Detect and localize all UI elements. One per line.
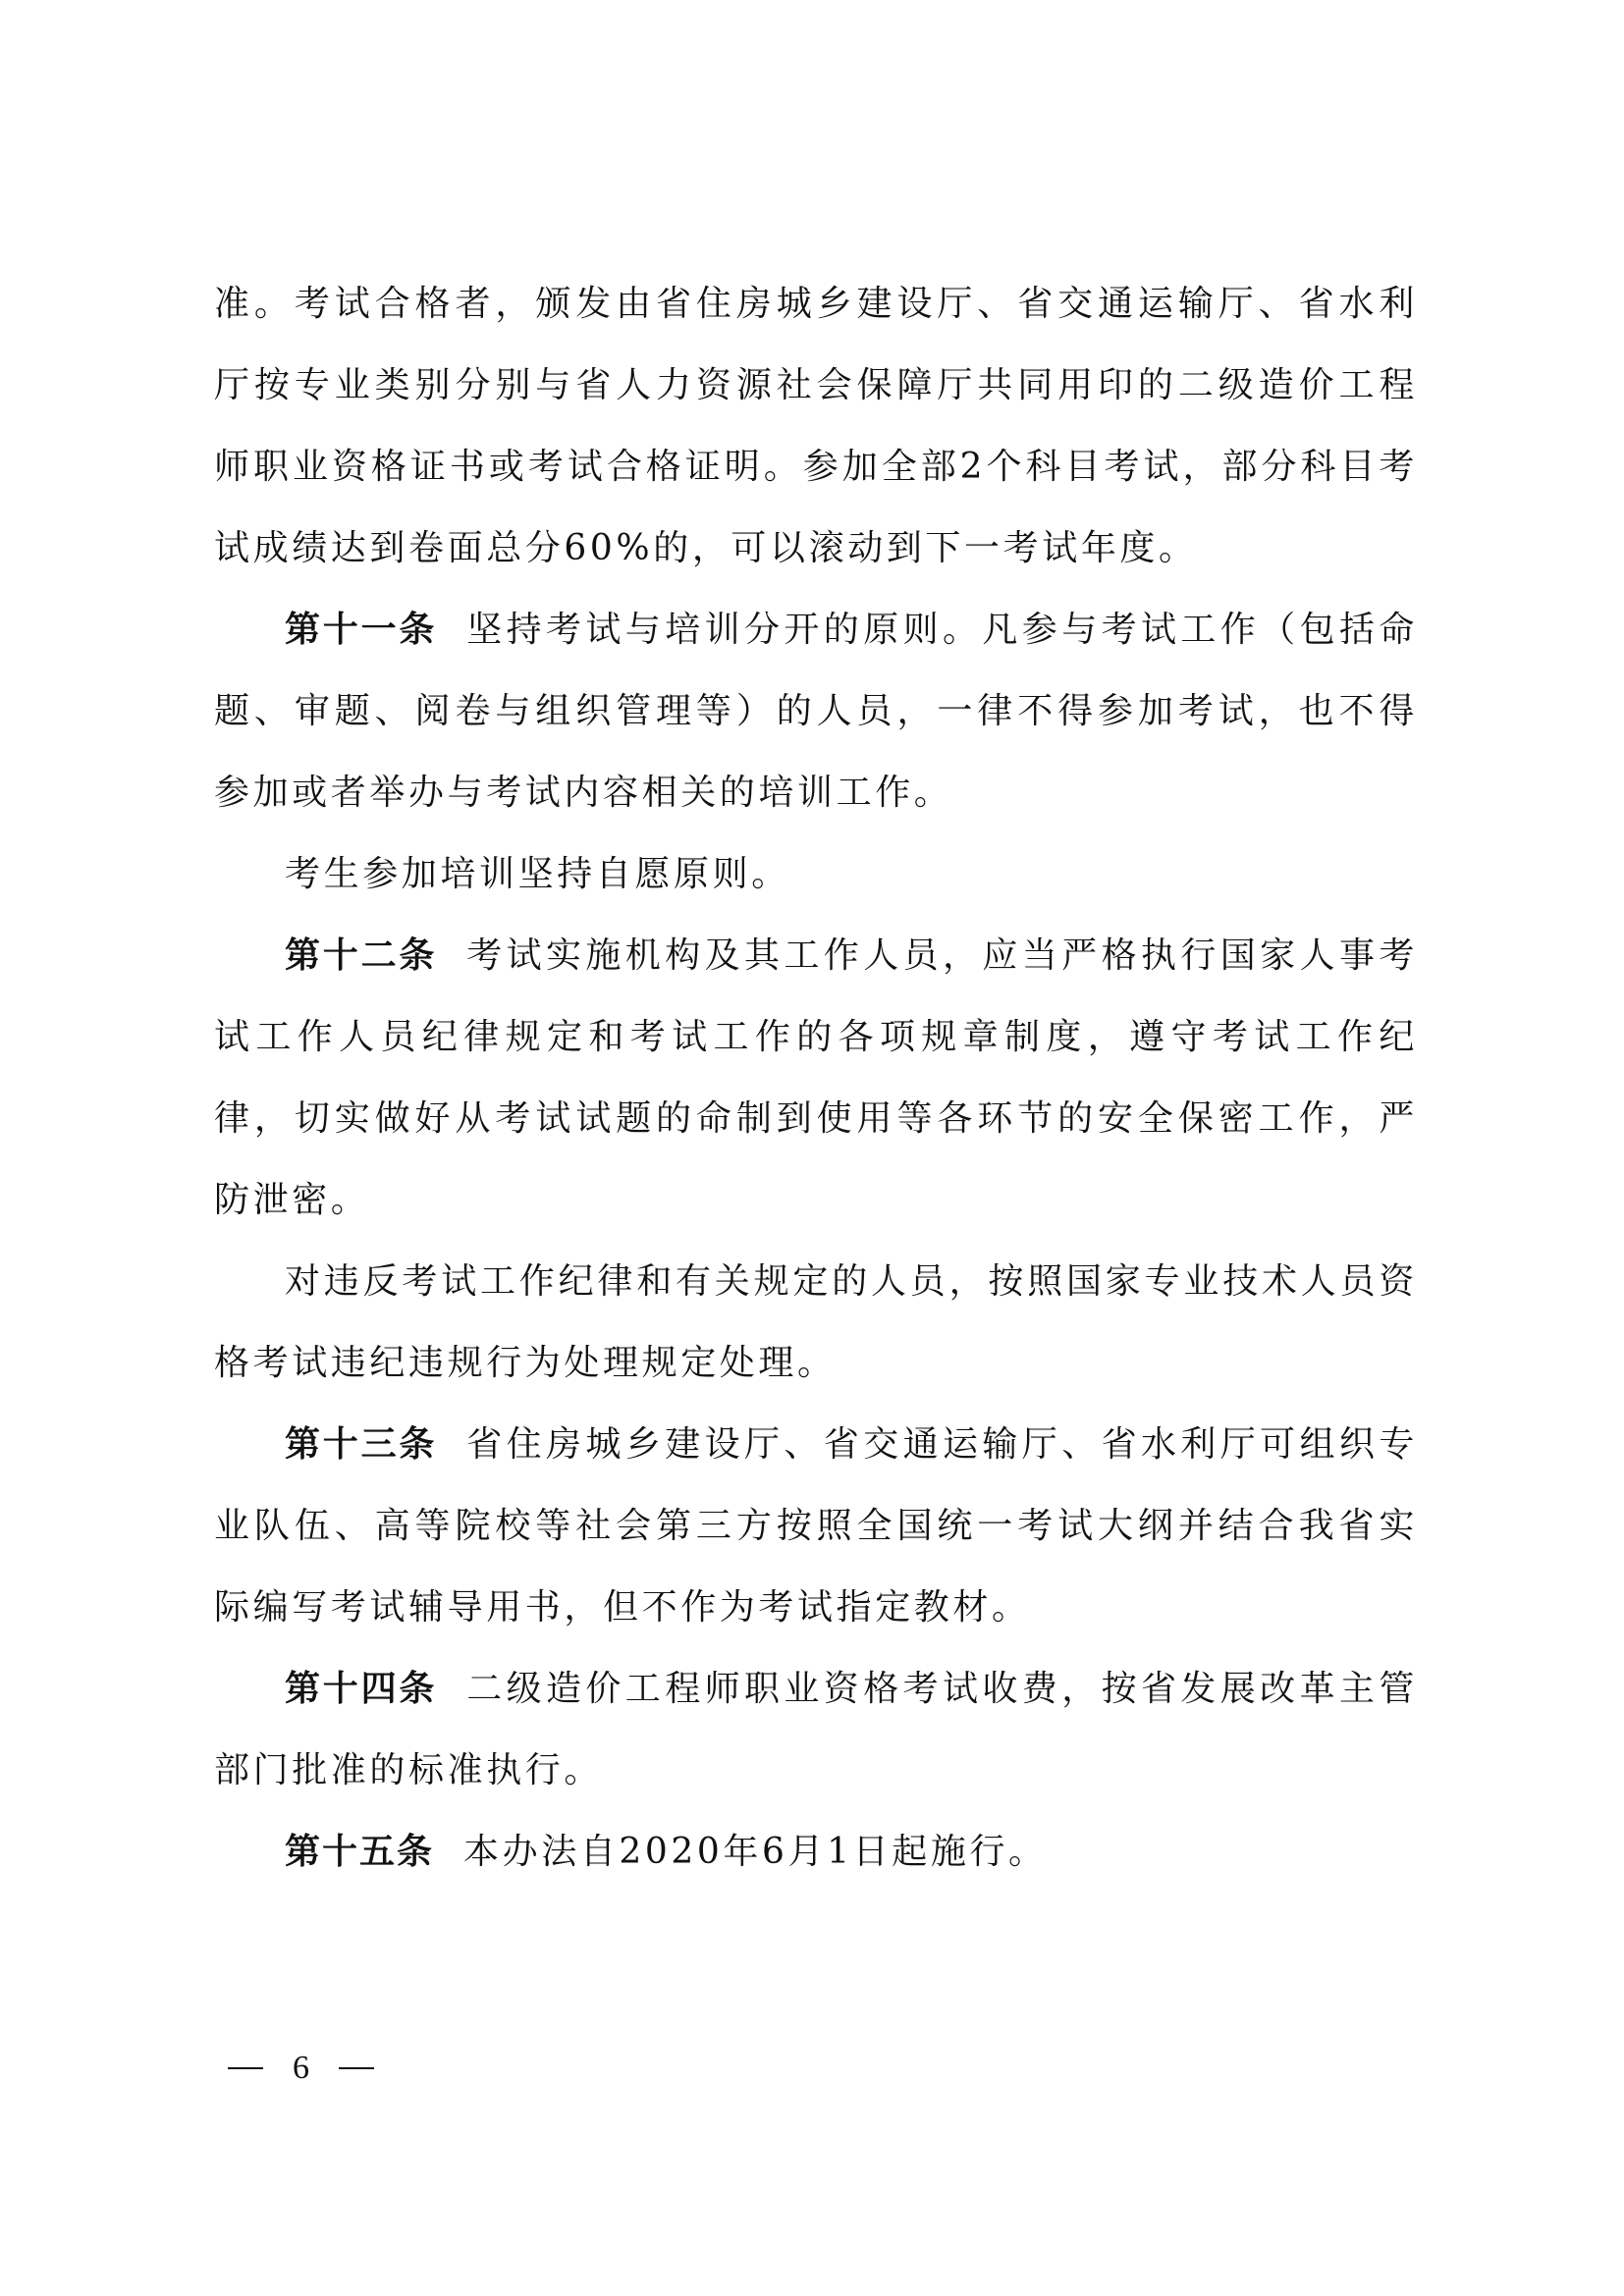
paragraph-text: 本办法自2020年6月1日起施行。 xyxy=(463,1832,1048,1872)
article-number: 第十三条 xyxy=(285,1424,437,1465)
page-number-footer: 6 xyxy=(228,2050,374,2087)
article-number: 第十一条 xyxy=(285,610,437,650)
article-13: 第十三条省住房城乡建设厅、省交通运输厅、省水利厅可组织专业队伍、高等院校等社会第… xyxy=(214,1404,1418,1648)
article-number: 第十二条 xyxy=(285,935,437,976)
page-number: 6 xyxy=(293,2050,309,2087)
article-12: 第十二条考试实施机构及其工作人员，应当严格执行国家人事考试工作人员纪律规定和考试… xyxy=(214,915,1418,1241)
dash-left xyxy=(228,2067,263,2069)
paragraph-violations: 对违反考试工作纪律和有关规定的人员，按照国家专业技术人员资格考试违纪违规行为处理… xyxy=(214,1241,1418,1404)
paragraph-continuation: 准。考试合格者，颁发由省住房城乡建设厅、省交通运输厅、省水利厅按专业类别分别与省… xyxy=(214,263,1418,589)
document-page: 准。考试合格者，颁发由省住房城乡建设厅、省交通运输厅、省水利厅按专业类别分别与省… xyxy=(0,0,1624,2296)
article-15: 第十五条本办法自2020年6月1日起施行。 xyxy=(214,1811,1418,1893)
paragraph-text: 对违反考试工作纪律和有关规定的人员，按照国家专业技术人员资格考试违纪违规行为处理… xyxy=(214,1261,1418,1383)
paragraph-text: 考生参加培训坚持自愿原则。 xyxy=(285,854,790,894)
paragraph-text: 考试实施机构及其工作人员，应当严格执行国家人事考试工作人员纪律规定和考试工作的各… xyxy=(214,935,1418,1220)
paragraph-training-voluntary: 考生参加培训坚持自愿原则。 xyxy=(214,833,1418,915)
document-body: 准。考试合格者，颁发由省住房城乡建设厅、省交通运输厅、省水利厅按专业类别分别与省… xyxy=(214,263,1418,1893)
article-number: 第十五条 xyxy=(285,1832,434,1872)
article-11: 第十一条坚持考试与培训分开的原则。凡参与考试工作（包括命题、审题、阅卷与组织管理… xyxy=(214,589,1418,833)
article-14: 第十四条二级造价工程师职业资格考试收费，按省发展改革主管部门批准的标准执行。 xyxy=(214,1648,1418,1811)
article-number: 第十四条 xyxy=(285,1669,437,1709)
dash-right xyxy=(339,2067,374,2069)
paragraph-text: 准。考试合格者，颁发由省住房城乡建设厅、省交通运输厅、省水利厅按专业类别分别与省… xyxy=(214,284,1418,568)
